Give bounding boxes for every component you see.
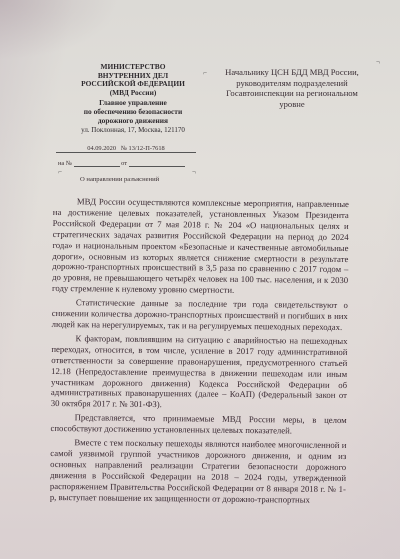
body-paragraph: К факторам, повлиявшим на ситуацию с ава… bbox=[51, 333, 348, 412]
corner-mark-subject-left: ⌐ bbox=[58, 168, 62, 176]
recipient-line: уровне bbox=[212, 99, 372, 110]
body-paragraph: МВД России осуществляются комплексные ме… bbox=[52, 196, 349, 297]
ministry-abbr: (МВД России) bbox=[68, 89, 198, 98]
registration-number: 13/12-П-7618 bbox=[129, 145, 165, 152]
body-paragraph: Представляется, что принимаемые МВД Росс… bbox=[51, 412, 347, 437]
department-line: дорожного движения bbox=[68, 117, 198, 126]
corner-mark-left: ⌐ bbox=[203, 69, 207, 77]
number-label: № bbox=[121, 145, 127, 152]
body-paragraph: Статистические данные за последние три г… bbox=[52, 297, 348, 333]
page-shadow bbox=[0, 0, 120, 60]
ref-number-blank bbox=[74, 160, 120, 167]
ref-label: на № bbox=[58, 160, 72, 167]
sender-address: ул. Поклонная, 17, Москва, 121170 bbox=[68, 126, 198, 135]
letter-body: МВД России осуществляются комплексные ме… bbox=[50, 196, 349, 506]
letter-subject: О направлении разъяснений bbox=[80, 176, 159, 183]
registration-line: 04.09.2020 № 13/12-П-7618 bbox=[56, 145, 196, 153]
from-label: от bbox=[121, 160, 127, 167]
ref-date-blank bbox=[129, 160, 185, 167]
recipient-block: Начальнику ЦСН БДД МВД России, руководит… bbox=[212, 67, 372, 109]
recipient-line: Госавтоинспекции на региональном bbox=[212, 88, 372, 99]
corner-mark-subject-right: ¬ bbox=[192, 168, 196, 176]
corner-mark-right: ¬ bbox=[376, 58, 380, 66]
recipient-line: Начальнику ЦСН БДД МВД России, bbox=[212, 67, 372, 78]
sender-letterhead: МИНИСТЕРСТВО ВНУТРЕННИХ ДЕЛ РОССИЙСКОЙ Ф… bbox=[68, 63, 198, 135]
registration-date: 04.09.2020 bbox=[87, 145, 116, 152]
recipient-line: руководителям подразделений bbox=[212, 78, 372, 89]
reference-line: на № от bbox=[58, 160, 194, 167]
letter-page: МИНИСТЕРСТВО ВНУТРЕННИХ ДЕЛ РОССИЙСКОЙ Ф… bbox=[0, 0, 400, 559]
body-paragraph: Вместе с тем поскольку пешеходы являются… bbox=[50, 437, 347, 506]
